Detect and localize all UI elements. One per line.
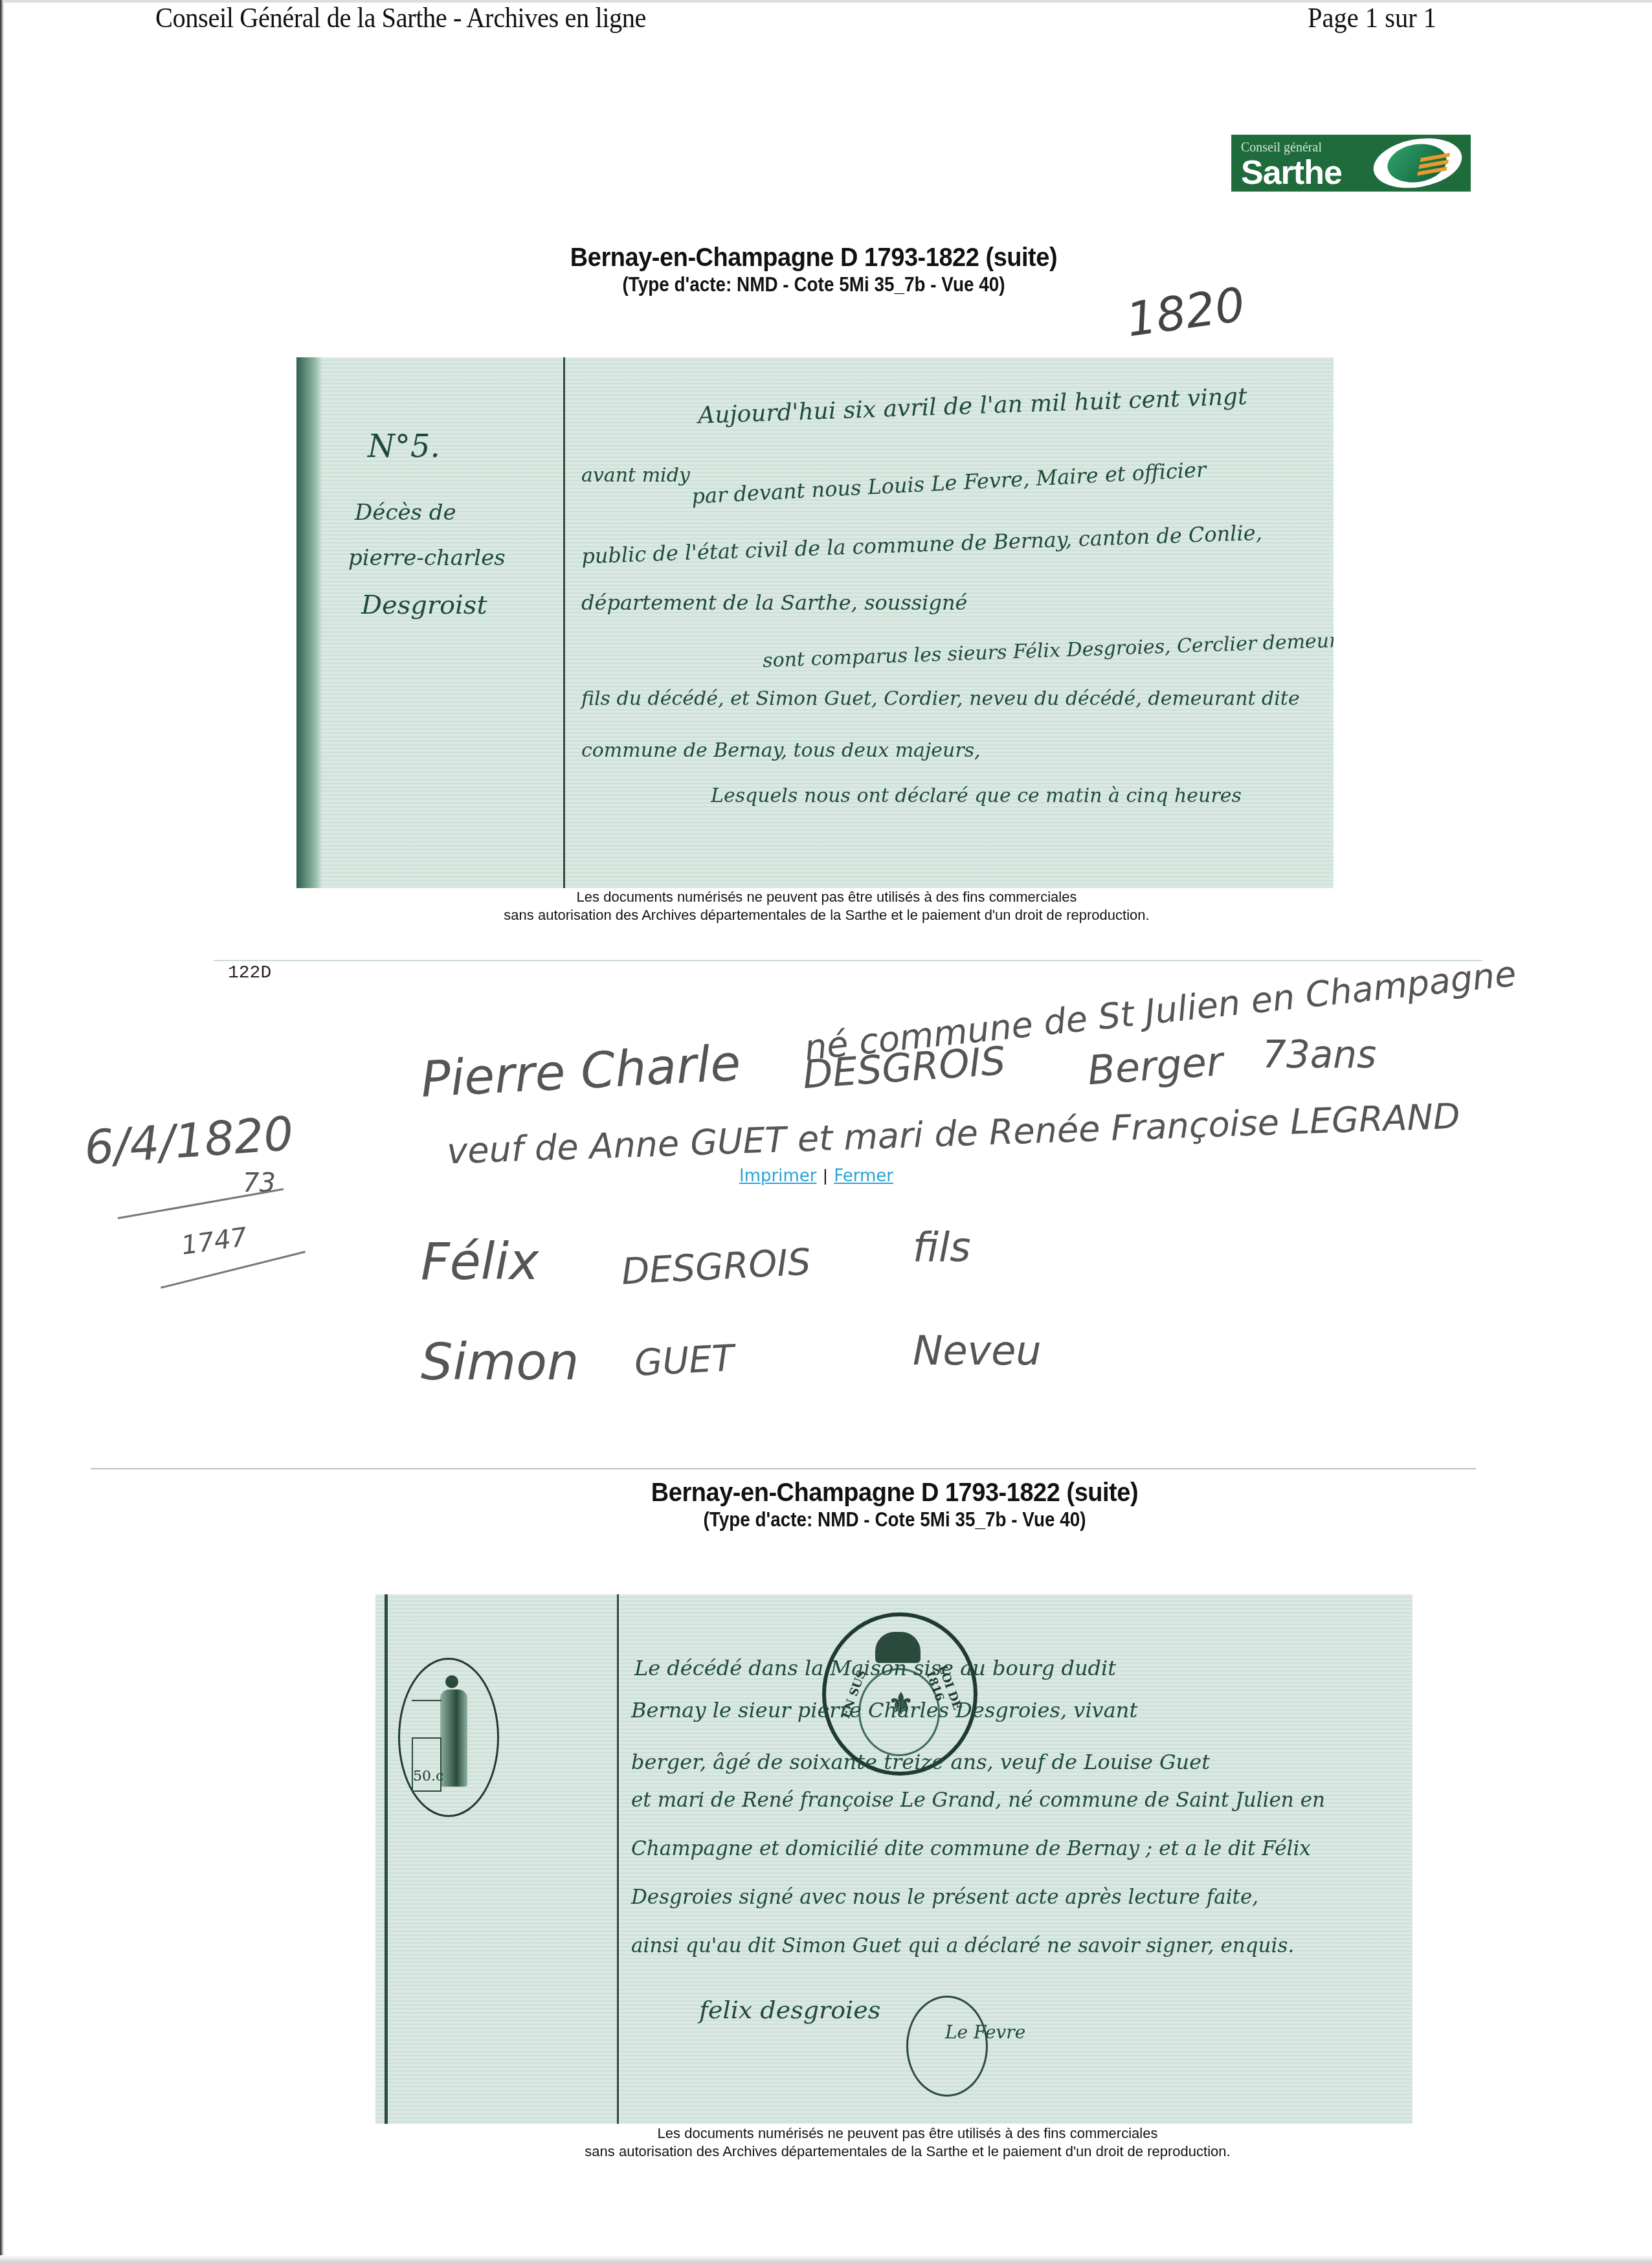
section-divider: [214, 960, 1482, 961]
body2-line-1: Le décédé dans la Maison sise au bourg d…: [634, 1656, 1116, 1680]
deceased-first-name: Pierre Charle: [419, 1034, 742, 1108]
body2-line-2: Bernay le sieur pierre Charles Desgroies…: [631, 1698, 1137, 1722]
record-2-copyright: Les documents numérisés ne peuvent pas ê…: [487, 2124, 1328, 2161]
deceased-age: 73ans: [1262, 1032, 1376, 1076]
copyright-line-1: Les documents numérisés ne peuvent pas ê…: [487, 2124, 1328, 2143]
witness-2-first-name: Simon: [421, 1333, 579, 1392]
deceased-occupation: Berger: [1086, 1038, 1225, 1094]
act-number: N°5.: [368, 429, 440, 465]
birth-year-result: 1747: [179, 1222, 249, 1261]
margin-rule: [563, 357, 565, 888]
page-binding: [296, 357, 322, 888]
witness-1-relation: fils: [913, 1223, 971, 1271]
logo-name: Sarthe: [1241, 153, 1342, 192]
body2-line-5: Champagne et domicilié dite commune de B…: [631, 1837, 1311, 1860]
witness-2-surname: GUET: [633, 1337, 735, 1385]
body2-line-6: Desgroies signé avec nous le présent act…: [631, 1886, 1258, 1909]
section-divider-2: [91, 1468, 1476, 1469]
witness-1-first-name: Félix: [421, 1233, 539, 1291]
scan-edge-bottom: [0, 2255, 1652, 2263]
body-line-5: département de la Sarthe, soussigné: [581, 590, 968, 615]
body-line-7: fils du décédé, et Simon Guet, Cordier, …: [581, 687, 1300, 710]
record-2-title: Bernay-en-Champagne D 1793-1822 (suite): [587, 1478, 1202, 1508]
copyright-line-2: sans autorisation des Archives départeme…: [406, 906, 1247, 924]
margin-line-3: Desgroist: [361, 590, 487, 620]
body-line-3: par devant nous Louis Le Fevre, Maire et…: [691, 457, 1207, 509]
record-1-scan: N°5. Décès de pierre-charles Desgroist A…: [296, 357, 1334, 888]
margin-line-2: pierre-charles: [348, 545, 506, 571]
site-title: Conseil Général de la Sarthe - Archives …: [155, 1, 646, 34]
left-rule: [385, 1594, 388, 2124]
body-line-2: avant midy: [581, 464, 690, 487]
calc-rule-1: [118, 1188, 284, 1219]
body-line-6: sont comparus les sieurs Félix Desgroies…: [763, 629, 1334, 673]
tax-stamp-value: 50.c: [413, 1768, 443, 1785]
death-date-note: 6/4/1820: [82, 1106, 295, 1175]
body2-line-7: ainsi qu'au dit Simon Guet qui a déclaré…: [631, 1934, 1294, 1957]
witness-2-relation: Neveu: [913, 1327, 1042, 1374]
body2-line-4: et mari de René françoise Le Grand, né c…: [631, 1789, 1325, 1812]
sarthe-logo: Conseil général Sarthe: [1231, 135, 1471, 192]
reference-code: 122D: [228, 963, 271, 983]
copyright-line-1: Les documents numérisés ne peuvent pas ê…: [406, 888, 1247, 906]
print-link[interactable]: Imprimer: [739, 1166, 816, 1186]
body-line-4: public de l'état civil de la commune de …: [581, 520, 1263, 569]
witness-1-surname: DESGROIS: [620, 1241, 812, 1293]
body-line-1: Aujourd'hui six avril de l'an mil huit c…: [698, 383, 1248, 429]
body-line-9: Lesquels nous ont déclaré que ce matin à…: [711, 785, 1242, 807]
tax-stamp-justice-icon: 50.c: [398, 1658, 499, 1817]
copyright-line-2: sans autorisation des Archives départeme…: [487, 2143, 1328, 2161]
record-1-title: Bernay-en-Champagne D 1793-1822 (suite): [506, 243, 1121, 273]
scan-edge-left: [0, 0, 4, 2263]
record-2-subtitle: (Type d'acte: NMD - Cote 5Mi 35_7b - Vue…: [603, 1508, 1186, 1532]
body-line-8: commune de Bernay, tous deux majeurs,: [581, 739, 981, 762]
page-indicator: Page 1 sur 1: [1308, 1, 1436, 34]
margin-rule-2: [617, 1594, 619, 2124]
close-link[interactable]: Fermer: [834, 1166, 893, 1186]
record-2-scan: 50.c ⚜ EN SUS LOI DE 1816 Le décédé dans…: [375, 1594, 1412, 2124]
record-1-subtitle: (Type d'acte: NMD - Cote 5Mi 35_7b - Vue…: [522, 273, 1105, 296]
marital-status-line: veuf de Anne GUET et mari de Renée Franç…: [446, 1096, 1460, 1172]
signature-witness: felix desgroies: [699, 1996, 880, 2024]
body2-line-3: berger, âgé de soixante treize ans, veuf…: [631, 1750, 1210, 1774]
record-1-copyright: Les documents numérisés ne peuvent pas ê…: [406, 888, 1247, 924]
print-close-links: Imprimer|Fermer: [739, 1166, 893, 1186]
margin-line-1: Décès de: [355, 500, 456, 526]
calc-rule-2: [161, 1251, 306, 1289]
link-separator: |: [823, 1166, 827, 1185]
mayor-paraph-icon: [906, 1996, 988, 2097]
annotation-year: 1820: [1123, 277, 1248, 348]
sarthe-s-emblem-icon: [1370, 135, 1466, 192]
